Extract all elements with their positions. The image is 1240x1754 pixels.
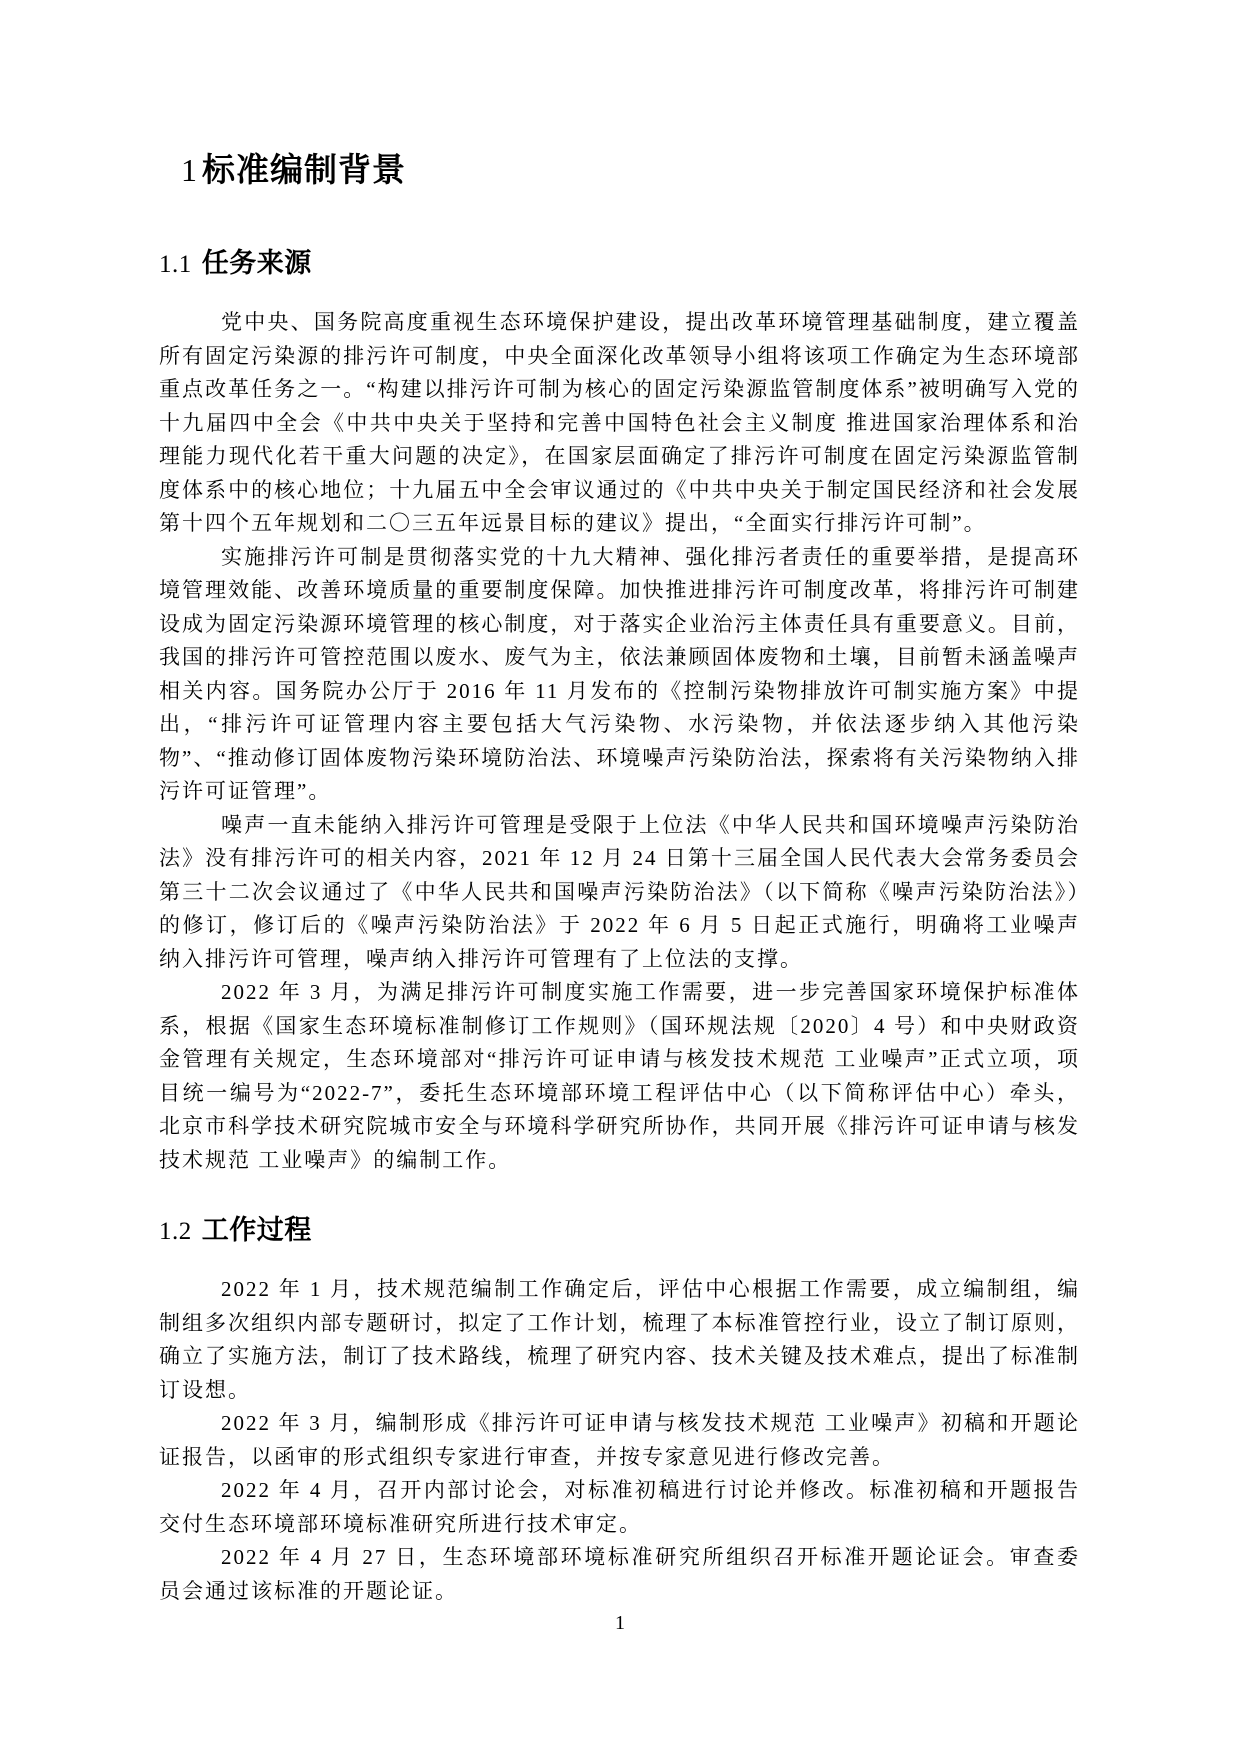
paragraph: 2022 年 4 月 27 日，生态环境部环境标准研究所组织召开标准开题论证会。… xyxy=(159,1541,1080,1608)
paragraph: 实施排污许可制是贯彻落实党的十九大精神、强化排污者责任的重要举措，是提高环境管理… xyxy=(159,541,1080,809)
paragraph: 2022 年 1 月，技术规范编制工作确定后，评估中心根据工作需要，成立编制组，… xyxy=(159,1273,1080,1407)
paragraph: 2022 年 3 月，编制形成《排污许可证申请与核发技术规范 工业噪声》初稿和开… xyxy=(159,1407,1080,1474)
chapter-heading-title: 标准编制背景 xyxy=(202,151,406,188)
page-number: 1 xyxy=(615,1612,625,1634)
section-heading-number: 1.1 xyxy=(159,251,192,278)
page-footer: 1 xyxy=(0,1610,1240,1636)
paragraph: 噪声一直未能纳入排污许可管理是受限于上位法《中华人民共和国环境噪声污染防治法》没… xyxy=(159,809,1080,977)
section-heading-number: 1.2 xyxy=(159,1218,192,1245)
paragraph: 2022 年 3 月，为满足排污许可制度实施工作需要，进一步完善国家环境保护标准… xyxy=(159,976,1080,1177)
section-heading-title: 工作过程 xyxy=(202,1215,312,1245)
document-page: 1标准编制背景 1.1任务来源 党中央、国务院高度重视生态环境保护建设，提出改革… xyxy=(0,0,1240,1754)
chapter-heading-number: 1 xyxy=(181,152,198,188)
paragraph: 党中央、国务院高度重视生态环境保护建设，提出改革环境管理基础制度，建立覆盖所有固… xyxy=(159,306,1080,541)
section-heading-title: 任务来源 xyxy=(202,248,312,278)
section-heading-1-2: 1.2工作过程 xyxy=(159,1213,1080,1249)
paragraph: 2022 年 4 月，召开内部讨论会，对标准初稿进行讨论并修改。标准初稿和开题报… xyxy=(159,1474,1080,1541)
chapter-heading: 1标准编制背景 xyxy=(181,150,1080,190)
page-content: 1标准编制背景 1.1任务来源 党中央、国务院高度重视生态环境保护建设，提出改革… xyxy=(0,0,1240,1608)
section-heading-1-1: 1.1任务来源 xyxy=(159,246,1080,282)
